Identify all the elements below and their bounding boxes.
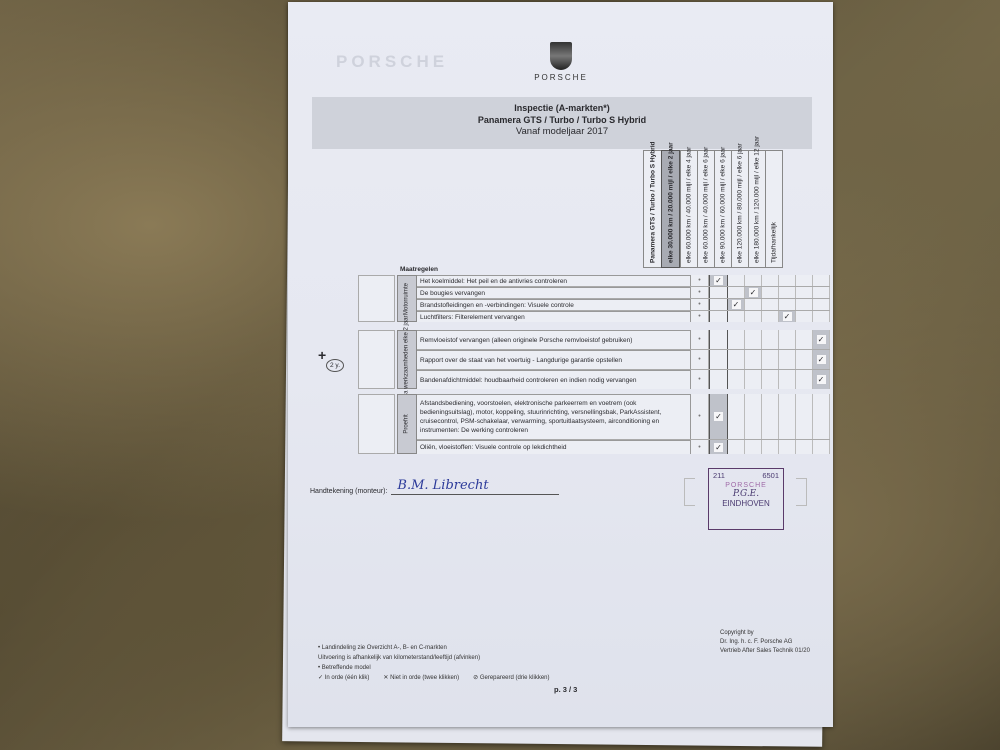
check-icon: ✓ — [749, 288, 758, 297]
check-cell[interactable] — [709, 287, 728, 298]
brand-wordmark: PORSCHE — [526, 73, 596, 82]
plus-icon: + — [318, 347, 326, 363]
section-side-box — [358, 330, 395, 389]
section-side-box — [358, 394, 395, 454]
check-cell[interactable] — [779, 394, 796, 439]
signature-field[interactable]: B.M. Librecht — [391, 484, 559, 495]
legend-markets: • Landindeling zie Overzicht A-, B- en C… — [318, 643, 550, 653]
table-row: Oliën, vloeistoffen: Visuele controle op… — [417, 440, 830, 454]
section-category-label: Proefrit — [404, 414, 411, 433]
measure-text: Afstandsbediening, voorstoelen, elektron… — [417, 394, 691, 439]
check-icon: ✓ — [817, 375, 826, 384]
column-header: Panamera GTS / Turbo / Turbo S Hybrid — [643, 150, 661, 268]
check-icon: ✓ — [817, 335, 826, 344]
check-cell[interactable] — [762, 350, 779, 369]
column-header: elke 90.000 km / 60.000 mijl / elke 6 ja… — [714, 150, 731, 268]
measure-text: Oliën, vloeistoffen: Visuele controle op… — [417, 440, 691, 454]
copyright: Copyright by Dr. Ing. h. c. F. Porsche A… — [720, 629, 810, 656]
column-header: elke 180.000 km / 120.000 mijl / elke 12… — [748, 150, 765, 268]
check-cell[interactable] — [762, 330, 779, 349]
models-line: Panamera GTS / Turbo / Turbo S Hybrid — [312, 114, 812, 126]
check-cell[interactable] — [728, 350, 745, 369]
check-cell[interactable] — [728, 275, 745, 286]
check-cell[interactable] — [762, 370, 779, 389]
porsche-logo: PORSCHE — [526, 42, 596, 82]
column-header: elke 120.000 km / 80.000 mijl / elke 6 j… — [731, 150, 748, 268]
stamp-signature: P.G.E. — [709, 489, 783, 499]
section-2: ProefritAfstandsbediening, voorstoelen, … — [358, 394, 830, 454]
check-cell[interactable]: ✓ — [779, 311, 796, 322]
check-cell[interactable]: ✓ — [813, 370, 830, 389]
column-header-label: elke 60.000 km / 40.000 mijl / elke 4 ja… — [686, 147, 693, 263]
check-cell[interactable] — [796, 287, 813, 298]
check-cell[interactable] — [728, 394, 745, 439]
stamp-right-number: 6501 — [762, 471, 779, 480]
check-cell[interactable] — [762, 275, 779, 286]
interval-column-headers: Panamera GTS / Turbo / Turbo S Hybridelk… — [643, 150, 783, 268]
stamp-bracket-right — [796, 478, 807, 506]
check-cell[interactable] — [779, 275, 796, 286]
check-cell[interactable] — [779, 287, 796, 298]
stamp-bracket-left — [684, 478, 695, 506]
section-category: Proefrit — [397, 394, 417, 454]
check-cell[interactable] — [709, 370, 728, 389]
check-cell[interactable] — [745, 275, 762, 286]
legend-repaired: ⊘ Gerepareerd (drie klikken) — [473, 673, 549, 683]
table-row: Bandenafdichtmiddel: houdbaarheid contro… — [417, 370, 830, 389]
column-header: elke 30.000 km / 20.000 mijl / elke 2 ja… — [661, 150, 680, 268]
check-cell[interactable] — [796, 275, 813, 286]
dealer-stamp: 2116501 PORSCHE P.G.E. EINDHOVEN — [708, 468, 784, 530]
check-cell[interactable]: ✓ — [813, 330, 830, 349]
porsche-crest-icon — [550, 42, 572, 70]
check-cell[interactable] — [813, 311, 830, 322]
model-dot: • — [691, 440, 709, 454]
table-row: Afstandsbediening, voorstoelen, elektron… — [417, 394, 830, 440]
check-cell[interactable] — [745, 370, 762, 389]
check-cell[interactable] — [779, 299, 796, 310]
section-category-label: Extra werkzaamheden elke 2 jaar — [404, 315, 411, 404]
document-title: Inspectie (A-markten*) — [312, 102, 812, 114]
column-header-label: Panamera GTS / Turbo / Turbo S Hybrid — [649, 142, 656, 263]
check-cell[interactable] — [728, 330, 745, 349]
check-cell[interactable]: ✓ — [709, 275, 728, 286]
table-row: Brandstofleidingen en -verbindingen: Vis… — [417, 299, 830, 311]
column-header-label: elke 60.000 km / 40.000 mijl / elke 6 ja… — [703, 147, 710, 263]
check-cell[interactable] — [745, 394, 762, 439]
model-dot: • — [691, 299, 709, 310]
signature-row: Handtekening (monteur): B.M. Librecht — [310, 484, 559, 495]
check-cell[interactable] — [813, 394, 830, 439]
check-cell[interactable] — [813, 440, 830, 454]
check-cell[interactable]: ✓ — [745, 287, 762, 298]
check-cell[interactable] — [745, 440, 762, 454]
check-cell[interactable] — [745, 299, 762, 310]
measure-text: De bougies vervangen — [417, 287, 691, 298]
check-icon: ✓ — [732, 300, 741, 309]
check-cell[interactable] — [709, 350, 728, 369]
check-cell[interactable] — [813, 275, 830, 286]
bleed-through-text: PORSCHE — [336, 52, 448, 72]
table-row: Remvloeistof vervangen (alleen originele… — [417, 330, 830, 350]
column-header-label: elke 90.000 km / 60.000 mijl / elke 6 ja… — [720, 147, 727, 263]
check-cell[interactable] — [728, 440, 745, 454]
check-icon: ✓ — [783, 312, 792, 321]
column-header: elke 60.000 km / 40.000 mijl / elke 4 ja… — [680, 150, 697, 268]
check-cell[interactable] — [762, 440, 779, 454]
title-band: Inspectie (A-markten*) Panamera GTS / Tu… — [312, 97, 812, 149]
check-cell[interactable] — [796, 440, 813, 454]
two-year-badge: 2 y. — [326, 359, 344, 372]
stamp-city: EINDHOVEN — [709, 499, 783, 508]
check-icon: ✓ — [817, 355, 826, 364]
check-cell[interactable]: ✓ — [728, 299, 745, 310]
check-cell[interactable] — [745, 330, 762, 349]
check-cell[interactable] — [762, 287, 779, 298]
check-cell[interactable] — [779, 440, 796, 454]
legend-mileage: Uitvoering is afhankelijk van kilometers… — [318, 653, 550, 663]
check-cell[interactable] — [762, 311, 779, 322]
check-cell[interactable] — [728, 311, 745, 322]
copyright-line: Copyright by — [720, 629, 810, 638]
measure-text: Luchtfilters: Filterelement vervangen — [417, 311, 691, 322]
copyright-line: Dr. Ing. h. c. F. Porsche AG — [720, 638, 810, 647]
measure-text: Het koelmiddel: Het peil en de antivries… — [417, 275, 691, 286]
inspection-sheet: PORSCHE PORSCHE Inspectie (A-markten*) P… — [288, 2, 833, 727]
measure-text: Bandenafdichtmiddel: houdbaarheid contro… — [417, 370, 691, 389]
section-category: Extra werkzaamheden elke 2 jaar — [397, 330, 417, 389]
check-cell[interactable] — [762, 394, 779, 439]
check-cell[interactable] — [762, 299, 779, 310]
measure-text: Brandstofleidingen en -verbindingen: Vis… — [417, 299, 691, 310]
column-header: Tijdafhankelijk — [765, 150, 783, 268]
model-dot: • — [691, 330, 709, 349]
table-row: Luchtfilters: Filterelement vervangen•✓ — [417, 311, 830, 322]
check-cell[interactable]: ✓ — [813, 350, 830, 369]
check-cell[interactable] — [779, 370, 796, 389]
check-cell[interactable] — [813, 287, 830, 298]
check-icon: ✓ — [714, 276, 723, 285]
measure-text: Remvloeistof vervangen (alleen originele… — [417, 330, 691, 349]
check-cell[interactable] — [796, 350, 813, 369]
section-category-label: Motorruimte — [404, 282, 411, 314]
check-cell[interactable]: ✓ — [709, 440, 728, 454]
model-dot: • — [691, 350, 709, 369]
column-header-label: elke 120.000 km / 80.000 mijl / elke 6 j… — [737, 143, 744, 263]
check-cell[interactable] — [796, 330, 813, 349]
column-header-label: elke 180.000 km / 120.000 mijl / elke 12… — [754, 136, 761, 263]
section-side-box — [358, 275, 395, 322]
section-0: MotorruimteHet koelmiddel: Het peil en d… — [358, 275, 830, 322]
check-cell[interactable] — [779, 330, 796, 349]
table-row: Rapport over de staat van het voertuig -… — [417, 350, 830, 370]
model-dot: • — [691, 370, 709, 389]
legend: • Landindeling zie Overzicht A-, B- en C… — [318, 643, 550, 683]
check-cell[interactable] — [745, 350, 762, 369]
check-icon: ✓ — [714, 412, 723, 421]
check-cell[interactable] — [728, 287, 745, 298]
measures-heading: Maatregelen — [400, 266, 438, 273]
legend-not-ok: ✕ Niet in orde (twee klikken) — [383, 673, 459, 683]
check-cell[interactable] — [796, 370, 813, 389]
legend-ok: ✓ In orde (één klik) — [318, 673, 369, 683]
page-number: p. 3 / 3 — [554, 685, 577, 694]
model-dot: • — [691, 275, 709, 286]
check-cell[interactable] — [796, 299, 813, 310]
check-cell[interactable] — [779, 350, 796, 369]
check-icon: ✓ — [714, 443, 723, 452]
model-dot: • — [691, 287, 709, 298]
table-row: De bougies vervangen•✓ — [417, 287, 830, 299]
model-dot: • — [691, 394, 709, 439]
legend-model: • Betreffende model — [318, 663, 550, 673]
signature-value: B.M. Librecht — [397, 478, 488, 493]
signature-label: Handtekening (monteur): — [310, 488, 387, 495]
stamp-brand: PORSCHE — [709, 482, 783, 489]
check-cell[interactable] — [709, 299, 728, 310]
check-cell[interactable] — [709, 311, 728, 322]
table-row: Het koelmiddel: Het peil en de antivries… — [417, 275, 830, 287]
model-year: Vanaf modeljaar 2017 — [312, 126, 812, 138]
check-cell[interactable]: ✓ — [709, 394, 728, 439]
measure-text: Rapport over de staat van het voertuig -… — [417, 350, 691, 369]
model-dot: • — [691, 311, 709, 322]
check-cell[interactable] — [709, 330, 728, 349]
check-cell[interactable] — [728, 370, 745, 389]
column-header-label: Tijdafhankelijk — [771, 222, 778, 263]
check-cell[interactable] — [796, 311, 813, 322]
check-cell[interactable] — [745, 311, 762, 322]
check-cell[interactable] — [813, 299, 830, 310]
check-cell[interactable] — [796, 394, 813, 439]
section-1: Extra werkzaamheden elke 2 jaarRemvloeis… — [358, 330, 830, 389]
column-header-label: elke 30.000 km / 20.000 mijl / elke 2 ja… — [667, 142, 674, 263]
copyright-line: Vertrieb After Sales Technik 01/20 — [720, 647, 810, 656]
column-header: elke 60.000 km / 40.000 mijl / elke 6 ja… — [697, 150, 714, 268]
stamp-left-number: 211 — [713, 471, 725, 480]
